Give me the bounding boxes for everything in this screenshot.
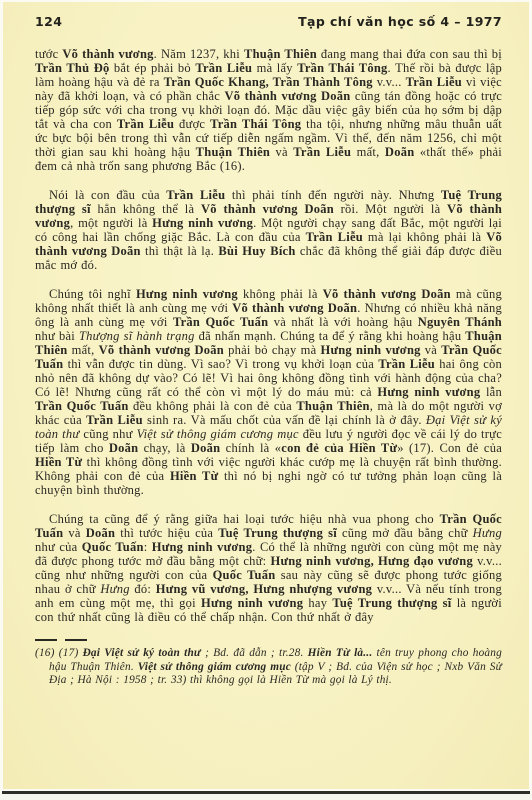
text-run: Thượng sĩ hành trạng	[79, 329, 195, 343]
text-run: Hưng ninh vương	[136, 287, 238, 301]
text-run: Võ thành vương Doãn	[232, 301, 357, 315]
text-run: thì thật là lạ.	[141, 244, 219, 258]
text-run: chạy, là	[138, 441, 191, 455]
text-run: Hưng	[473, 526, 502, 540]
text-run: Quốc Tuấn	[82, 540, 144, 554]
text-run: Hiền Từ	[35, 455, 82, 469]
text-run: như của	[35, 540, 82, 554]
text-run: Trần Liễu	[378, 357, 435, 371]
text-run: Doãn	[385, 145, 414, 159]
text-run: Trần Quốc Tuấn	[35, 399, 129, 413]
text-run: v.v...	[373, 75, 406, 89]
text-run: Bùi Huy Bích	[218, 244, 295, 258]
text-run: Trần Quốc Tuấn	[173, 315, 268, 329]
text-run: cũng như	[79, 427, 136, 441]
text-run: được	[174, 117, 210, 131]
text-run: Chúng ta cũng để ý rằng giữa hai loại tư…	[49, 512, 440, 526]
text-run: hẳn không thể là	[91, 202, 201, 216]
text-run: mà lại không phải là	[363, 230, 486, 244]
text-run: Trần Liễu	[293, 145, 351, 159]
text-run: ; Bd. đã dẫn ; tr.28.	[201, 647, 308, 659]
text-run: Thuận Thiên	[244, 47, 317, 61]
text-run: rồi. Một người là	[334, 202, 447, 216]
text-run: chính là «	[220, 441, 281, 455]
text-run: mất,	[351, 145, 385, 159]
text-run: Hưng ninh vương	[152, 216, 253, 230]
text-run: và nhất là với hoàng hậu	[268, 315, 417, 329]
text-run: Nói là con đầu của	[49, 188, 166, 202]
article-body: tước Võ thành vương. Năm 1237, khi Thuận…	[35, 47, 502, 624]
text-run: Doãn	[109, 441, 138, 455]
text-run: Võ thành vương	[62, 47, 153, 61]
text-run: Hưng ninh vương	[321, 343, 421, 357]
text-run: Võ thành vương Doãn	[99, 343, 224, 357]
separator-dash	[35, 639, 57, 641]
text-run: Võ thành vương Doãn	[201, 202, 334, 216]
scanned-page-photo: 124 Tạp chí văn học số 4 – 1977 tước Võ …	[0, 0, 532, 800]
text-run: và	[63, 526, 85, 540]
scan-bottom-margin	[0, 794, 532, 800]
text-run: thì vẫn được tin dùng. Vì sao? Vì trong …	[63, 357, 378, 371]
footnote-paragraph: (16) (17) Đại Việt sử ký toàn thư ; Bd. …	[35, 647, 502, 688]
text-run: Tuệ Trung thượng sĩ	[218, 526, 337, 540]
text-run: Hiền Từ là...	[308, 647, 373, 659]
text-run: thì tước hiệu của	[115, 526, 218, 540]
text-run: Võ thành vương Doãn	[323, 287, 451, 301]
text-run: đang mang thai đứa con sau thì bị	[317, 47, 502, 61]
text-run: Thuận Thiên	[196, 145, 270, 159]
text-run: Hưng ninh vương	[152, 540, 253, 554]
text-run: Quốc Tuấn	[213, 568, 276, 582]
text-run: Hưng ninh vương, Hưng đạo vương	[270, 554, 473, 568]
text-run: Trần Liễu	[306, 230, 363, 244]
text-run: Thuận Thiên	[296, 399, 369, 413]
text-run: Võ thành vương Doãn	[224, 89, 350, 103]
text-run: Trần Thái Tông	[210, 117, 301, 131]
page-header: 124 Tạp chí văn học số 4 – 1977	[35, 14, 502, 29]
text-run: đều không phải là con đẻ của	[129, 399, 297, 413]
footnote-separator	[35, 639, 502, 641]
text-run: thì phải tính đến người này. Nhưng	[225, 188, 441, 202]
paragraph: Nói là con đầu của Trần Liễu thì phải tí…	[35, 188, 502, 272]
paragraph: tước Võ thành vương. Năm 1237, khi Thuận…	[35, 47, 502, 173]
journal-title: Tạp chí văn học số 4 – 1977	[298, 14, 502, 29]
text-run: Chúng tôi nghĩ	[49, 287, 136, 301]
text-run: Doãn	[191, 441, 220, 455]
text-run: Hưng	[100, 582, 129, 596]
text-run: Trần Liễu	[117, 117, 174, 131]
text-run: Việt sử thông giám cương mục	[137, 427, 299, 441]
text-run: Việt sử thông giám cương mục	[138, 661, 291, 673]
text-run: mất,	[68, 343, 99, 357]
text-run: hay	[303, 596, 332, 610]
footnote: (16) (17) Đại Việt sử ký toàn thư ; Bd. …	[35, 647, 502, 688]
text-run: lẫn	[480, 385, 502, 399]
text-run: và	[270, 145, 293, 159]
text-run: mà lấy	[252, 61, 297, 75]
text-run: tước	[35, 47, 62, 61]
text-run: Trần Liễu	[406, 75, 462, 89]
text-run: cũng mở đầu bằng chữ	[337, 526, 473, 540]
journal-page: 124 Tạp chí văn học số 4 – 1977 tước Võ …	[3, 2, 529, 789]
paragraph: Chúng tôi nghĩ Hưng ninh vương không phả…	[35, 287, 502, 497]
text-run: » (17). Con đẻ của	[397, 441, 502, 455]
text-run: . Năm 1237, khi	[154, 47, 244, 61]
text-run: Hiền Từ	[170, 469, 218, 483]
text-run: như bài	[35, 329, 79, 343]
page-number: 124	[35, 14, 62, 29]
text-run: bắt ép phải bỏ	[110, 61, 196, 75]
paragraph: Chúng ta cũng để ý rằng giữa hai loại tư…	[35, 512, 502, 624]
text-run: phải bỏ chạy mà	[224, 343, 321, 357]
text-run: Doãn	[86, 526, 115, 540]
text-run: Trần Quốc Khang, Trần Thành Tông	[164, 75, 373, 89]
text-run: (16) (17)	[35, 647, 83, 659]
text-run: sinh ra. Và mấu chốt của vấn đề lại chín…	[143, 413, 426, 427]
text-run: Trần Liễu	[195, 61, 252, 75]
text-run: con đẻ của Hiền Từ	[281, 441, 397, 455]
text-run: và	[421, 343, 442, 357]
separator-dash	[65, 639, 87, 641]
text-run: :	[144, 540, 152, 554]
text-run: đã nhấn mạnh. Chúng ta để ý rằng khi hoà…	[195, 329, 466, 343]
text-run: Trần Thái Tông	[297, 61, 387, 75]
text-run: đó:	[130, 582, 156, 596]
text-run: Đại Việt sử ký toàn thư	[83, 647, 201, 659]
text-run: Hưng vũ vương, Hưng nhượng vương	[156, 582, 372, 596]
text-run: Hưng ninh vương	[377, 385, 480, 399]
text-run: Trần Liễu	[86, 413, 143, 427]
text-run: Trần Liễu	[166, 188, 225, 202]
text-run: Tuệ Trung thượng sĩ	[332, 596, 451, 610]
text-run: Trần Thủ Độ	[35, 61, 110, 75]
text-run: , một người là	[70, 216, 152, 230]
text-run: Nguyên Thánh	[418, 315, 502, 329]
text-run: không phải là	[238, 287, 323, 301]
text-run: Hưng ninh vương	[201, 596, 303, 610]
